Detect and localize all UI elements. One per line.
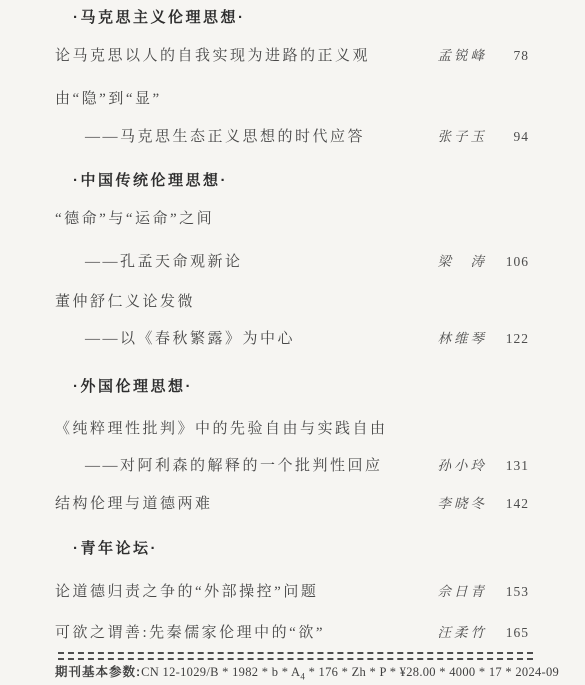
toc-entry-subtitle-row: ——以《春秋繁露》为中心 林维琴 122 bbox=[55, 327, 529, 348]
article-page-number: 94 bbox=[499, 129, 529, 145]
toc-entry: 论马克思以人的自我实现为进路的正义观 孟锐峰 78 bbox=[55, 44, 529, 65]
section-header-foreign-ethics: ·外国伦理思想· bbox=[55, 375, 529, 396]
journal-parameters-label: 期刊基本参数: bbox=[55, 665, 141, 679]
section-header-marxist-ethics: ·马克思主义伦理思想· bbox=[55, 6, 529, 27]
article-author: 张子玉 bbox=[438, 125, 488, 145]
article-title: 论道德归责之争的“外部操控”问题 bbox=[55, 580, 438, 601]
article-page-number: 106 bbox=[499, 254, 529, 270]
toc-entry: 论道德归责之争的“外部操控”问题 佘日青 153 bbox=[55, 580, 529, 601]
article-subtitle: ——以《春秋繁露》为中心 bbox=[55, 327, 438, 348]
toc-entry: 结构伦理与道德两难 李晓冬 142 bbox=[55, 492, 529, 513]
article-author: 孙小玲 bbox=[438, 454, 488, 474]
article-title: 《纯粹理性批判》中的先验自由与实践自由 bbox=[55, 417, 529, 438]
toc-entry: 《纯粹理性批判》中的先验自由与实践自由 bbox=[55, 417, 529, 438]
journal-parameters-value: CN 12-1029/B * 1982 * b * A4 * 176 * Zh … bbox=[141, 665, 559, 679]
article-title: 结构伦理与道德两难 bbox=[55, 492, 438, 513]
article-page-number: 131 bbox=[499, 458, 529, 474]
toc-entry-subtitle-row: ——对阿利森的解释的一个批判性回应 孙小玲 131 bbox=[55, 454, 529, 475]
article-subtitle: ——孔孟天命观新论 bbox=[55, 250, 438, 271]
article-title: “德命”与“运命”之间 bbox=[55, 207, 529, 228]
article-page-number: 142 bbox=[499, 496, 529, 512]
article-subtitle: ——对阿利森的解释的一个批判性回应 bbox=[55, 454, 438, 475]
article-title: 可欲之谓善:先秦儒家伦理中的“欲” bbox=[55, 621, 438, 642]
article-page-number: 122 bbox=[499, 331, 529, 347]
article-page-number: 78 bbox=[499, 48, 529, 64]
article-page-number: 153 bbox=[499, 584, 529, 600]
section-header-youth-forum: ·青年论坛· bbox=[55, 537, 529, 558]
section-header-chinese-traditional-ethics: ·中国传统伦理思想· bbox=[55, 169, 529, 190]
article-author: 林维琴 bbox=[438, 327, 488, 347]
toc-entry: 董仲舒仁义论发微 bbox=[55, 290, 529, 311]
double-rule-divider bbox=[58, 652, 533, 660]
toc-entry-subtitle-row: ——马克思生态正义思想的时代应答 张子玉 94 bbox=[55, 125, 529, 146]
article-author: 汪柔竹 bbox=[438, 621, 488, 641]
article-title: 董仲舒仁义论发微 bbox=[55, 290, 529, 311]
toc-entry-subtitle-row: ——孔孟天命观新论 梁 涛 106 bbox=[55, 250, 529, 271]
toc-entry: 由“隐”到“显” bbox=[55, 87, 529, 108]
toc-entry: 可欲之谓善:先秦儒家伦理中的“欲” 汪柔竹 165 bbox=[55, 621, 529, 642]
article-author: 李晓冬 bbox=[438, 492, 488, 512]
toc-entry: “德命”与“运命”之间 bbox=[55, 207, 529, 228]
journal-toc-page: ·马克思主义伦理思想· 论马克思以人的自我实现为进路的正义观 孟锐峰 78 由“… bbox=[0, 0, 585, 685]
article-title: 由“隐”到“显” bbox=[55, 87, 529, 108]
article-author: 佘日青 bbox=[438, 580, 488, 600]
article-subtitle: ——马克思生态正义思想的时代应答 bbox=[55, 125, 438, 146]
article-title: 论马克思以人的自我实现为进路的正义观 bbox=[55, 44, 438, 65]
journal-basic-parameters: 期刊基本参数:CN 12-1029/B * 1982 * b * A4 * 17… bbox=[55, 662, 529, 682]
article-author: 孟锐峰 bbox=[438, 44, 488, 64]
article-author: 梁 涛 bbox=[438, 250, 488, 270]
article-page-number: 165 bbox=[499, 625, 529, 641]
